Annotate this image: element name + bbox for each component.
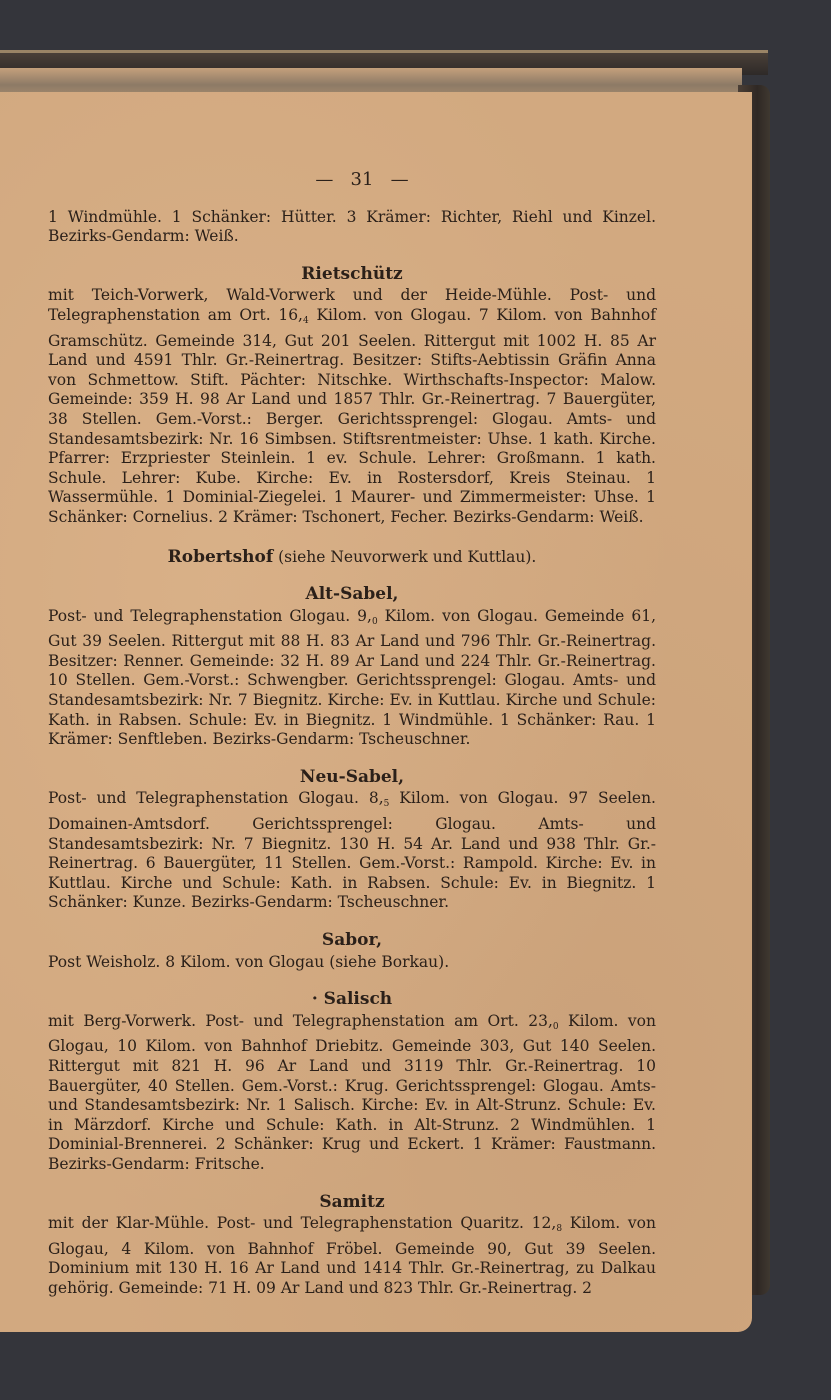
entry-text-neu-sabel: Post- und Telegraphenstation Glogau. 8,5… xyxy=(48,789,656,913)
entry-text-salisch: mit Berg-Vorwerk. Post- und Telegraphens… xyxy=(48,1012,656,1175)
entry-text-alt-sabel: Post- und Telegraphenstation Glogau. 9,0… xyxy=(48,607,656,750)
page-number-dash-right: — xyxy=(391,169,409,190)
entry-text-samitz: mit der Klar-Mühle. Post- und Telegraphe… xyxy=(48,1214,656,1298)
entry-title-alt-sabel: Alt-Sabel, xyxy=(48,585,656,605)
page-number: — 31 — xyxy=(68,170,656,190)
entry-text-rietschuetz: mit Teich-Vorwerk, Wald-Vorwerk und der … xyxy=(48,286,656,527)
entry-reference-robertshof: (siehe Neuvorwerk und Kuttlau). xyxy=(273,548,536,566)
entry-title-samitz: Samitz xyxy=(48,1193,656,1213)
intro-paragraph: 1 Windmühle. 1 Schänker: Hütter. 3 Kräme… xyxy=(48,208,656,247)
entry-title-rietschuetz: Rietschütz xyxy=(48,265,656,285)
entry-title-robertshof: Robertshof xyxy=(168,547,274,567)
page-number-value: 31 xyxy=(351,169,374,190)
entry-robertshof: Robertshof (siehe Neuvorwerk und Kuttlau… xyxy=(48,548,656,568)
entry-text-sabor: Post Weisholz. 8 Kilom. von Glogau (sieh… xyxy=(48,953,656,973)
entry-title-sabor: Sabor, xyxy=(48,931,656,951)
entry-title-salisch: · Salisch xyxy=(48,990,656,1010)
entry-title-neu-sabel: Neu-Sabel, xyxy=(48,768,656,788)
page-number-dash-left: — xyxy=(315,169,333,190)
page-content: — 31 — 1 Windmühle. 1 Schänker: Hütter. … xyxy=(48,170,656,1299)
